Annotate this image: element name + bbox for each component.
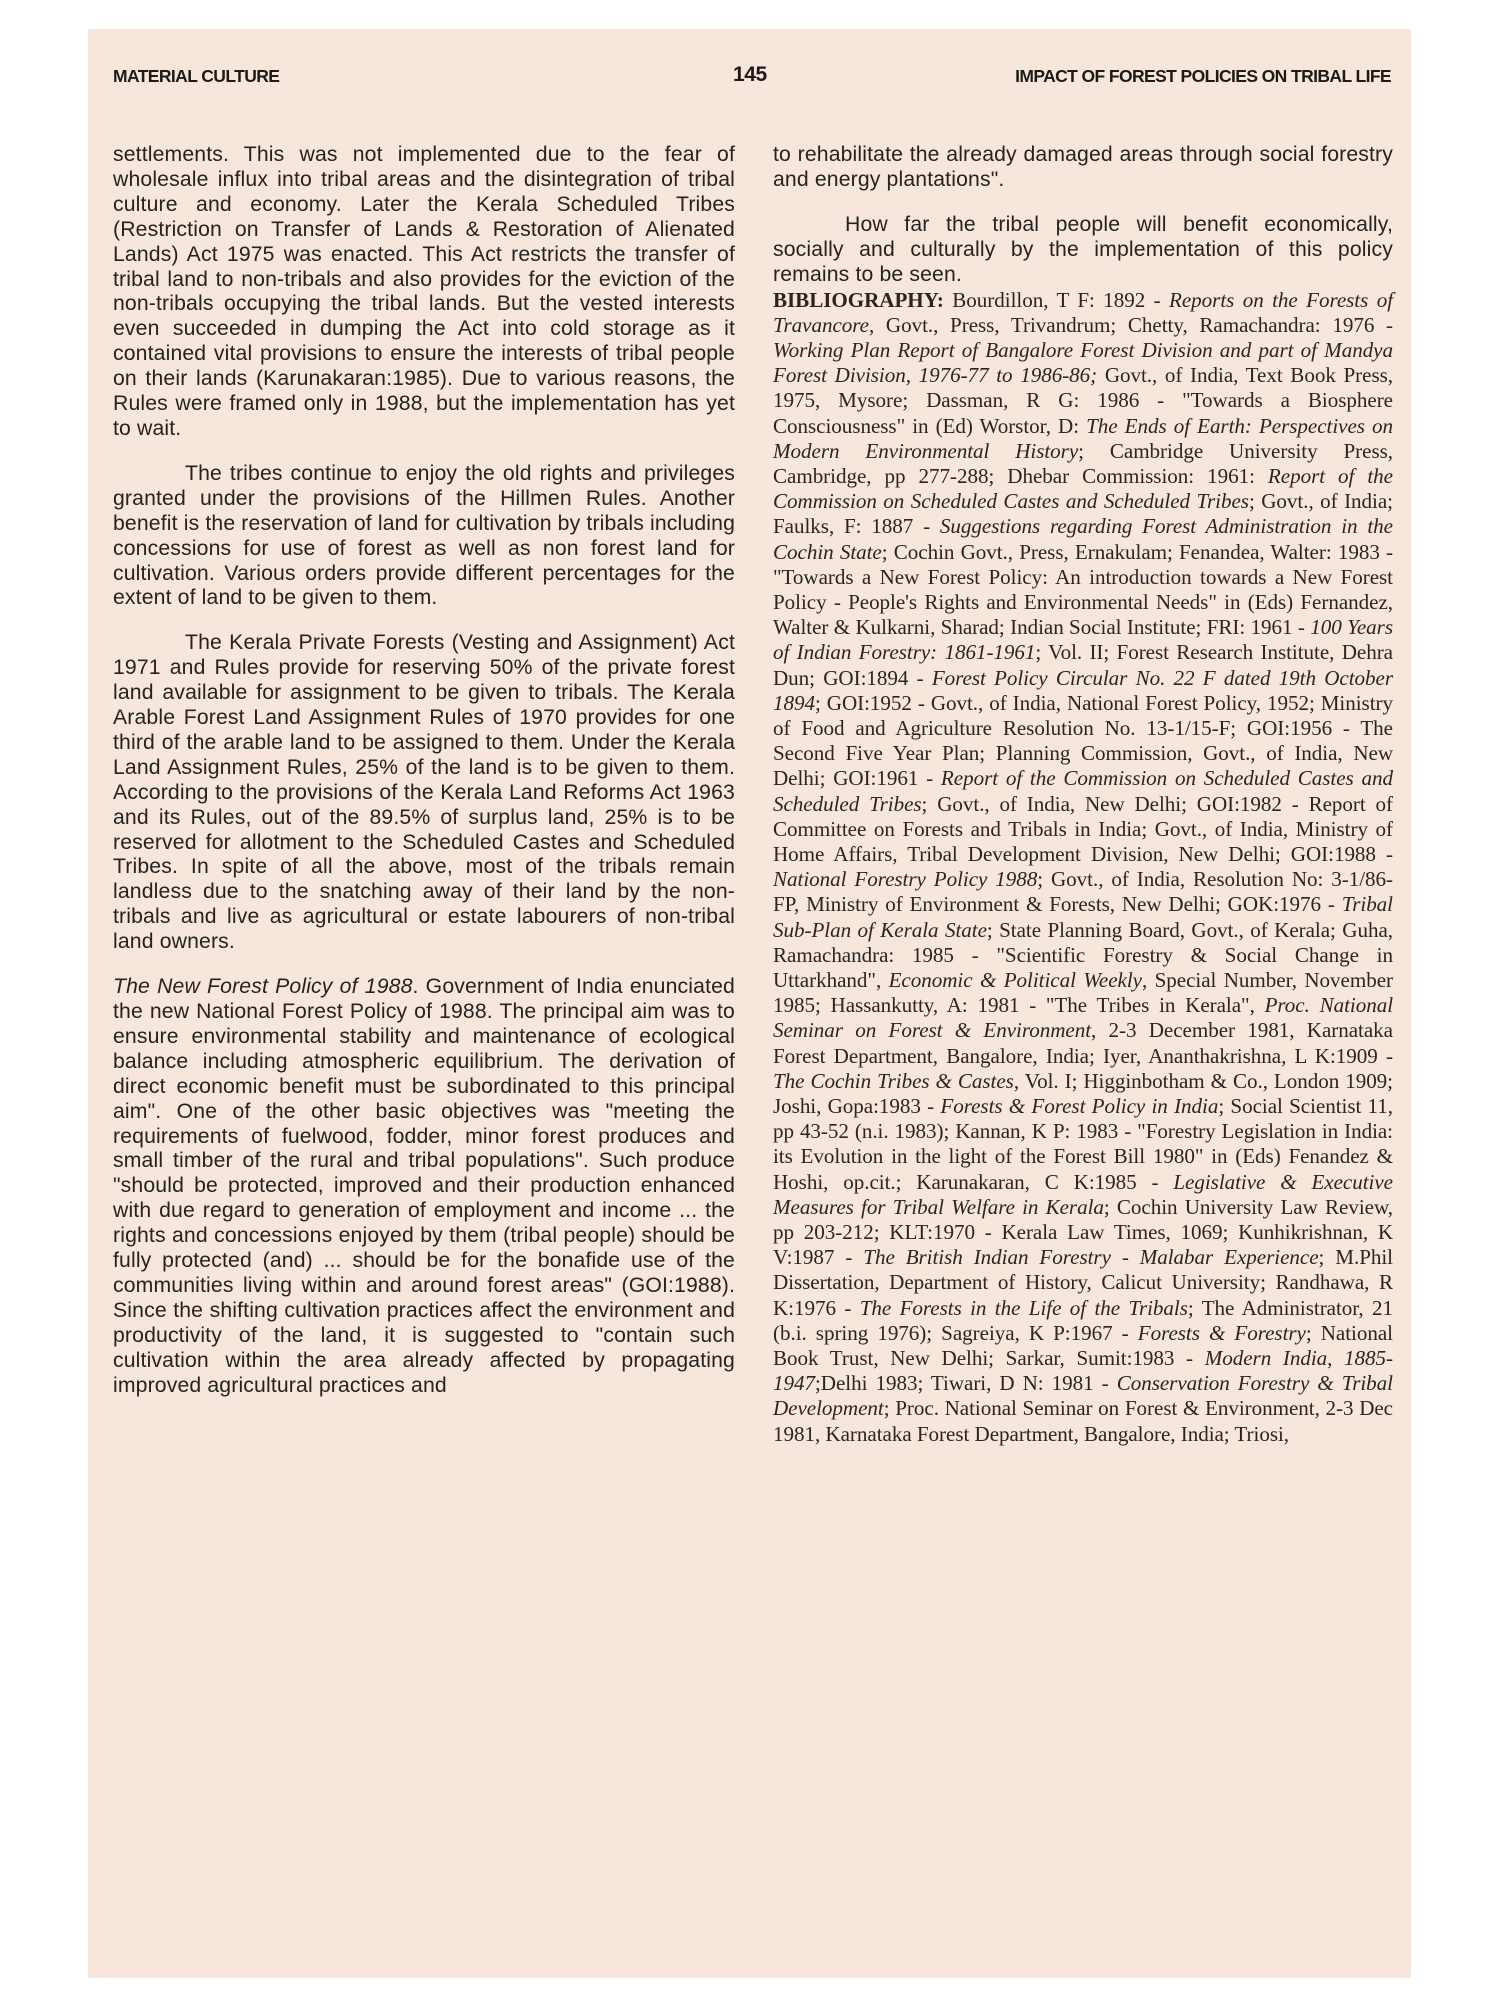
right-column: to rehabilitate the already damaged area…: [773, 143, 1393, 1447]
paragraph-land-acts: settlements. This was not implemented du…: [113, 143, 735, 442]
paragraph-hillmen-rules: The tribes continue to enjoy the old rig…: [113, 462, 735, 611]
bibliography-ref-title: The Cochin Tribes & Castes: [773, 1069, 1014, 1093]
header-section-title: MATERIAL CULTURE: [113, 66, 279, 87]
bibliography-ref-text: Bourdillon, T F: 1892 -: [944, 288, 1169, 312]
bibliography-ref-title: Forests & Forestry: [1138, 1321, 1306, 1345]
bibliography-ref-title: Economic & Political Weekly: [889, 968, 1142, 992]
bibliography-heading: BIBLIOGRAPHY:: [773, 288, 944, 312]
bibliography-ref-title: The Forests in the Life of the Tribals: [860, 1296, 1188, 1320]
header-chapter-title: IMPACT OF FOREST POLICIES ON TRIBAL LIFE: [1015, 66, 1391, 87]
bibliography-ref-title: Forests & Forest Policy in India: [940, 1094, 1218, 1118]
bibliography-ref-text: ;Delhi 1983; Tiwari, D N: 1981 -: [815, 1371, 1117, 1395]
paragraph-land-assignment: The Kerala Private Forests (Vesting and …: [113, 631, 735, 955]
paragraph-rehabilitate: to rehabilitate the already damaged area…: [773, 143, 1393, 193]
bibliography-ref-text: , Govt., Press, Trivandrum; Chetty, Rama…: [869, 313, 1393, 337]
running-header: MATERIAL CULTURE 145 IMPACT OF FOREST PO…: [113, 66, 1391, 90]
paragraph-new-forest-policy-body: . Government of India enunciated the new…: [113, 975, 735, 1397]
bibliography-ref-title: National Forestry Policy 1988: [773, 867, 1037, 891]
bibliography: BIBLIOGRAPHY: Bourdillon, T F: 1892 - Re…: [773, 288, 1393, 1447]
page-number: 145: [733, 63, 767, 87]
bibliography-ref-title: The British Indian Forestry - Malabar Ex…: [863, 1245, 1318, 1269]
paragraph-new-forest-policy: The New Forest Policy of 1988. Governmen…: [113, 975, 735, 1398]
section-heading-new-forest-policy: The New Forest Policy of 1988: [113, 975, 413, 998]
book-page: MATERIAL CULTURE 145 IMPACT OF FOREST PO…: [88, 29, 1411, 1978]
left-column: settlements. This was not implemented du…: [113, 143, 735, 1399]
paragraph-conclusion: How far the tribal people will benefit e…: [773, 213, 1393, 288]
